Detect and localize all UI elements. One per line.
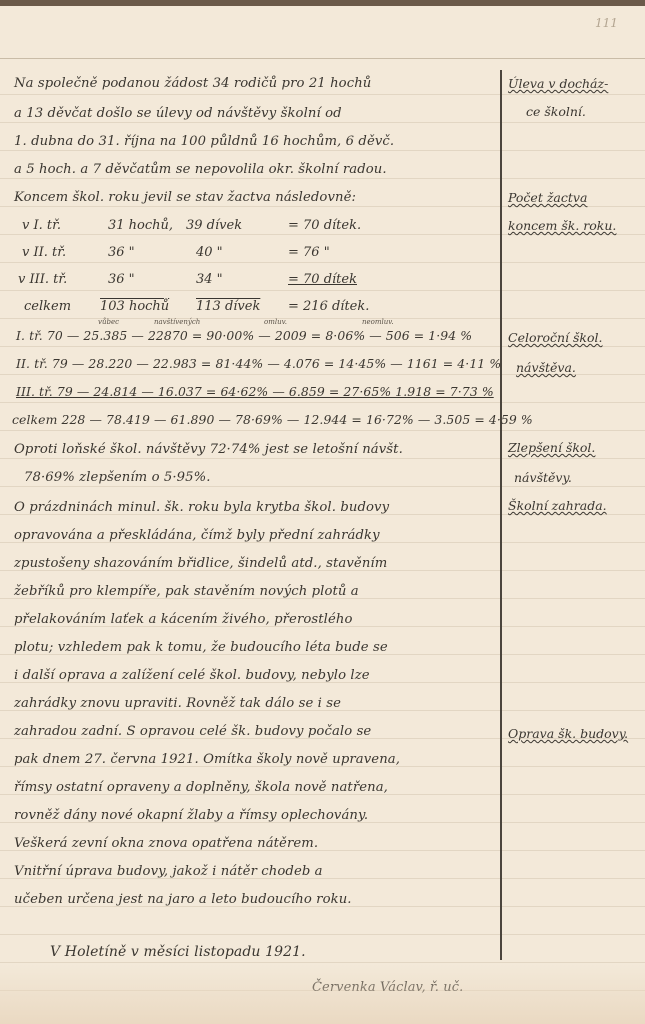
text-line: Vnitřní úprava budovy, jakož i nátěr cho… xyxy=(14,864,323,879)
header-rule xyxy=(0,58,645,59)
text-line: opravována a přeskládána, čímž byly před… xyxy=(14,528,380,543)
text-line: a 13 děvčat došlo se úlevy od návštěvy š… xyxy=(14,106,342,121)
margin-note-school-garden: Školní zahrada. xyxy=(508,498,607,513)
margin-note-building-repair: Oprava šk. budovy. xyxy=(508,726,628,741)
enroll-boys: 103 hochů xyxy=(100,299,169,314)
text-line: pak dnem 27. června 1921. Omítka školy n… xyxy=(14,752,400,767)
enroll-total: = 70 dítek. xyxy=(288,218,361,233)
text-line: učeben určena jest na jaro a leto budouc… xyxy=(14,892,352,907)
enroll-girls: 34 " xyxy=(196,272,223,287)
ruled-line xyxy=(0,346,645,347)
header-navstivenych: navštívených xyxy=(154,318,200,326)
text-line: Veškerá zevní okna znova opatřena nátěre… xyxy=(14,836,318,851)
text-line: zahradou zadní. S opravou celé šk. budov… xyxy=(14,724,371,739)
attendance-row: II. tř. 79 — 28.220 — 22.983 = 81·44% — … xyxy=(16,356,501,371)
text-line: 78·69% zlepšením o 5·95%. xyxy=(24,470,211,485)
text-line: a 5 hoch. a 7 děvčatům se nepovolila okr… xyxy=(14,162,387,177)
ruled-line xyxy=(0,430,645,431)
text-line: rovněž dány nové okapní žlaby a římsy op… xyxy=(14,808,368,823)
attendance-row: I. tř. 70 — 25.385 — 22870 = 90·00% — 20… xyxy=(16,328,472,343)
enroll-boys: 36 " xyxy=(108,272,135,287)
text-line: plotu; vzhledem pak k tomu, že budoucího… xyxy=(14,640,388,655)
enroll-label: v III. tř. xyxy=(18,272,67,287)
enroll-boys: 31 hochů, xyxy=(108,218,173,233)
enroll-girls: 40 " xyxy=(196,245,223,260)
margin-note-pupil-count: Počet žactva xyxy=(508,190,587,205)
book-edge xyxy=(0,0,645,6)
ruled-line xyxy=(0,402,645,403)
page-number: 111 xyxy=(595,16,618,30)
header-neomluv: neomluv. xyxy=(362,318,394,326)
ruled-line xyxy=(0,234,645,235)
ruled-line xyxy=(0,94,645,95)
ruled-line xyxy=(0,122,645,123)
text-line: zpustošeny shazováním břidlice, šindelů … xyxy=(14,556,387,571)
text-line: žebříků pro klempíře, pak stavěním novýc… xyxy=(14,584,359,599)
attendance-row: celkem 228 — 78.419 — 61.890 — 78·69% — … xyxy=(12,412,533,427)
text-line: přelakováním laťek a kácením živého, pře… xyxy=(14,612,353,627)
attendance-row: III. tř. 79 — 24.814 — 16.037 = 64·62% —… xyxy=(16,384,494,399)
enroll-girls: 113 dívek xyxy=(196,299,260,314)
enroll-total: = 70 dítek xyxy=(288,272,357,287)
place-date: V Holetíně v měsíci listopadu 1921. xyxy=(50,944,306,960)
text-line: O prázdninách minul. šk. roku byla krytb… xyxy=(14,500,389,515)
text-line: zahrádky znovu upraviti. Rovněž tak dálo… xyxy=(14,696,341,711)
ruled-line xyxy=(0,206,645,207)
ruled-line xyxy=(0,934,645,935)
enroll-total: = 216 dítek. xyxy=(288,299,369,314)
ruled-line xyxy=(0,486,645,487)
enroll-label: v II. tř. xyxy=(22,245,66,260)
text-line: Na společně podanou žádost 34 rodičů pro… xyxy=(14,76,371,91)
ruled-line xyxy=(0,150,645,151)
enroll-label: celkem xyxy=(24,299,71,314)
margin-note-absence-relief-cont: ce školní. xyxy=(526,104,586,119)
text-line: 1. dubna do 31. října na 100 půldnů 16 h… xyxy=(14,134,394,149)
text-line: římsy ostatní opraveny a doplněny, škola… xyxy=(14,780,388,795)
enroll-label: v I. tř. xyxy=(22,218,61,233)
ruled-line xyxy=(0,262,645,263)
text-line: Koncem škol. roku jevil se stav žactva n… xyxy=(14,190,356,205)
margin-note-attendance-improvement-cont: návštěvy. xyxy=(514,470,572,485)
margin-divider xyxy=(500,70,502,960)
margin-note-pupil-count-cont: koncem šk. roku. xyxy=(508,218,616,233)
margin-note-absence-relief: Úleva v docház- xyxy=(508,76,608,91)
margin-note-attendance-improvement: Zlepšení škol. xyxy=(508,440,595,455)
ruled-line xyxy=(0,318,645,319)
ruled-line xyxy=(0,962,645,963)
text-line: Oproti loňské škol. návštěvy 72·74% jest… xyxy=(14,442,403,457)
ruled-line xyxy=(0,458,645,459)
enroll-boys: 36 " xyxy=(108,245,135,260)
ruled-line xyxy=(0,290,645,291)
header-omluv: omluv. xyxy=(264,318,287,326)
ruled-line xyxy=(0,178,645,179)
page-shadow xyxy=(0,964,645,1024)
margin-note-annual-attendance: Celoroční škol. xyxy=(508,330,603,345)
text-line: i další oprava a zalížení celé škol. bud… xyxy=(14,668,370,683)
enroll-girls: 39 dívek xyxy=(186,218,242,233)
enroll-total: = 76 " xyxy=(288,245,330,260)
margin-note-annual-attendance-cont: návštěva. xyxy=(516,360,576,375)
header-vubec: vůbec xyxy=(98,318,119,326)
